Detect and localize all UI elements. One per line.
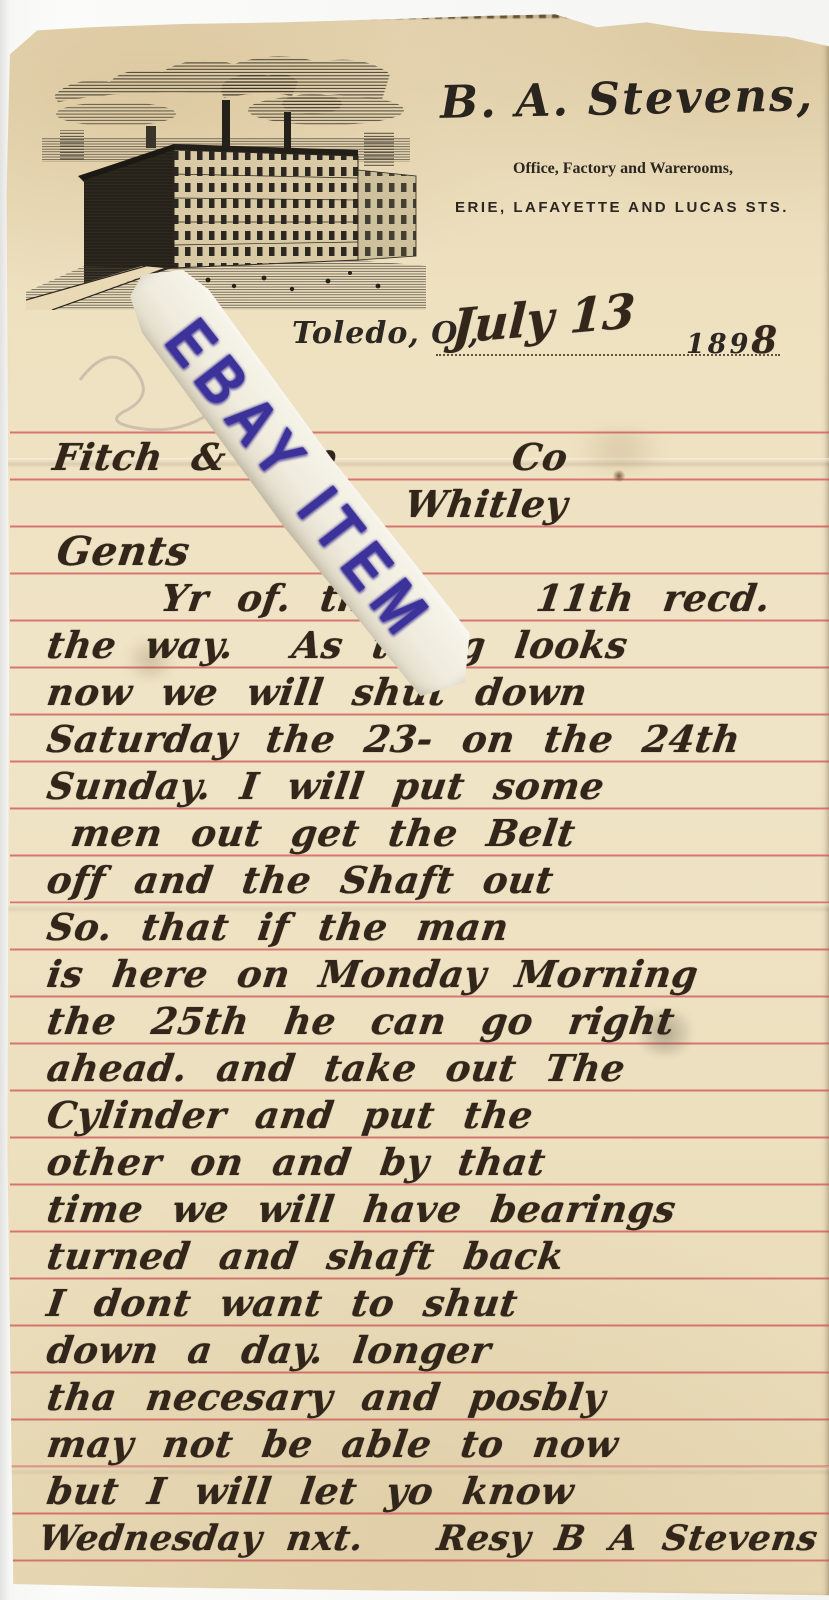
handwritten-line: the 25th he can go right (10, 998, 829, 1045)
handwritten-line: So. that if the man (10, 904, 829, 951)
letter-paper: B. A. Stevens, Office, Factory and Warer… (0, 0, 829, 1600)
letterhead-offices-line: Office, Factory and Warerooms, (458, 160, 788, 178)
factory-engraving-illustration (26, 52, 426, 310)
handwritten-line: Cylinder and put the (10, 1092, 829, 1139)
handwritten-line: Wednesday nxt. Resy B A Stevens (10, 1515, 829, 1562)
handwritten-year-digit: 8 (751, 318, 777, 362)
handwritten-line: other on and by that (10, 1139, 829, 1186)
handwritten-line: down a day. longer (10, 1327, 829, 1374)
handwritten-line: tha necesary and posbly (10, 1374, 829, 1421)
handwritten-line: may not be able to now (10, 1421, 829, 1468)
handwritten-line: ahead. and take out The (10, 1045, 829, 1092)
handwritten-line: turned and shaft back (10, 1233, 829, 1280)
handwritten-line: Sunday. I will put some (10, 763, 829, 810)
handwritten-line: men out get the Belt (10, 810, 829, 857)
handwritten-line: but I will let yo know (10, 1468, 829, 1515)
handwritten-line: is here on Monday Morning (10, 951, 829, 998)
letterhead-company-name: B. A. Stevens, (437, 68, 816, 129)
dateline-year: 1898 (686, 318, 777, 362)
torn-paper-edge (6, 11, 826, 21)
handwritten-line: time we will have bearings (10, 1186, 829, 1233)
handwritten-line: Whitley (10, 481, 829, 528)
handwritten-line: I dont want to shut (10, 1280, 829, 1327)
scanned-letter-page: B. A. Stevens, Office, Factory and Warer… (0, 0, 829, 1600)
handwritten-line: Saturday the 23- on the 24th (10, 716, 829, 763)
handwritten-line: Fitch & Cap Co (10, 434, 829, 481)
letterhead-streets-line: ERIE, LAFAYETTE AND LUCAS STS. (432, 199, 812, 216)
handwritten-line: Gents (10, 528, 829, 575)
handwritten-line: off and the Shaft out (10, 857, 829, 904)
printed-year-prefix: 189 (686, 329, 751, 360)
